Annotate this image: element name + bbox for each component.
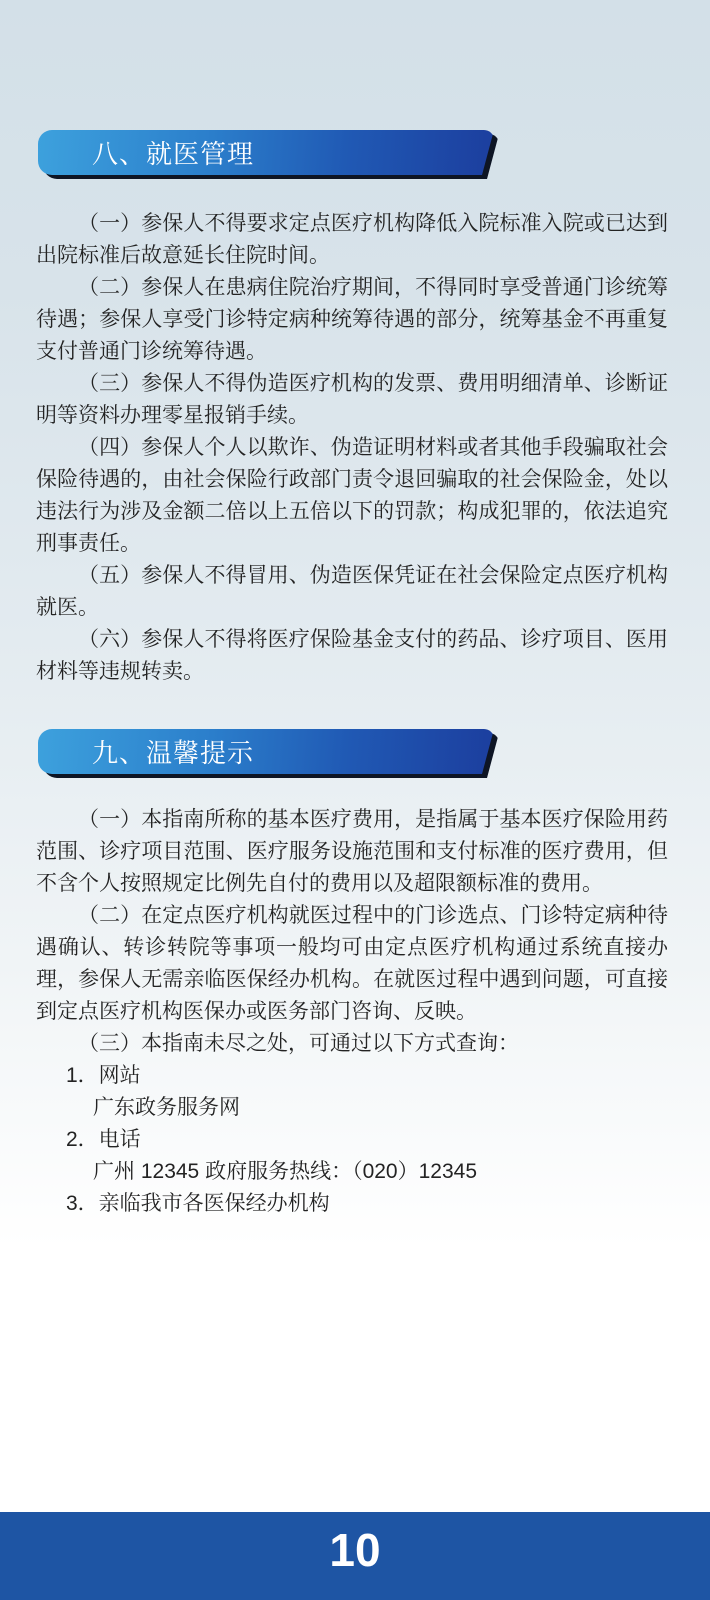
section-8-paragraph-5: （五）参保人不得冒用、伪造医保凭证在社会保险定点医疗机构就医。: [36, 560, 668, 624]
section-8-paragraph-6: （六）参保人不得将医疗保险基金支付的药品、诊疗项目、医用材料等违规转卖。: [36, 624, 668, 688]
section-9-banner-shape: 九、温馨提示: [38, 729, 494, 774]
query-method-1-label: 1．网站: [36, 1060, 668, 1092]
medical-insurance-guide-page: 八、就医管理 （一）参保人不得要求定点医疗机构降低入院标准入院或已达到出院标准后…: [0, 0, 710, 1600]
query-method-2-label: 2．电话: [36, 1124, 668, 1156]
section-8-paragraph-4: （四）参保人个人以欺诈、伪造证明材料或者其他手段骗取社会保险待遇的，由社会保险行…: [36, 432, 668, 560]
section-8-paragraph-3: （三）参保人不得伪造医疗机构的发票、费用明细清单、诊断证明等资料办理零星报销手续…: [36, 368, 668, 432]
section-9-title: 九、温馨提示: [92, 733, 254, 770]
page-number: 10: [329, 1512, 380, 1588]
query-method-3-label: 3．亲临我市各医保经办机构: [36, 1188, 668, 1220]
section-9-paragraph-1: （一）本指南所称的基本医疗费用，是指属于基本医疗保险用药范围、诊疗项目范围、医疗…: [36, 804, 668, 900]
section-8-body: （一）参保人不得要求定点医疗机构降低入院标准入院或已达到出院标准后故意延长住院时…: [36, 208, 668, 688]
section-8-banner-shape: 八、就医管理: [38, 130, 494, 175]
query-method-2-detail: 广州 12345 政府服务热线：（020）12345: [36, 1156, 668, 1188]
section-8-banner: 八、就医管理: [38, 130, 494, 175]
section-9-paragraph-3: （三）本指南未尽之处，可通过以下方式查询：: [36, 1028, 668, 1060]
section-8-paragraph-2: （二）参保人在患病住院治疗期间，不得同时享受普通门诊统筹待遇；参保人享受门诊特定…: [36, 272, 668, 368]
section-9-banner: 九、温馨提示: [38, 729, 494, 774]
section-9-body: （一）本指南所称的基本医疗费用，是指属于基本医疗保险用药范围、诊疗项目范围、医疗…: [36, 804, 668, 1220]
section-9-paragraph-2: （二）在定点医疗机构就医过程中的门诊选点、门诊特定病种待遇确认、转诊转院等事项一…: [36, 900, 668, 1028]
page-footer: 10: [0, 1512, 710, 1600]
query-method-1-detail: 广东政务服务网: [36, 1092, 668, 1124]
section-8-paragraph-1: （一）参保人不得要求定点医疗机构降低入院标准入院或已达到出院标准后故意延长住院时…: [36, 208, 668, 272]
section-8-title: 八、就医管理: [92, 134, 254, 171]
